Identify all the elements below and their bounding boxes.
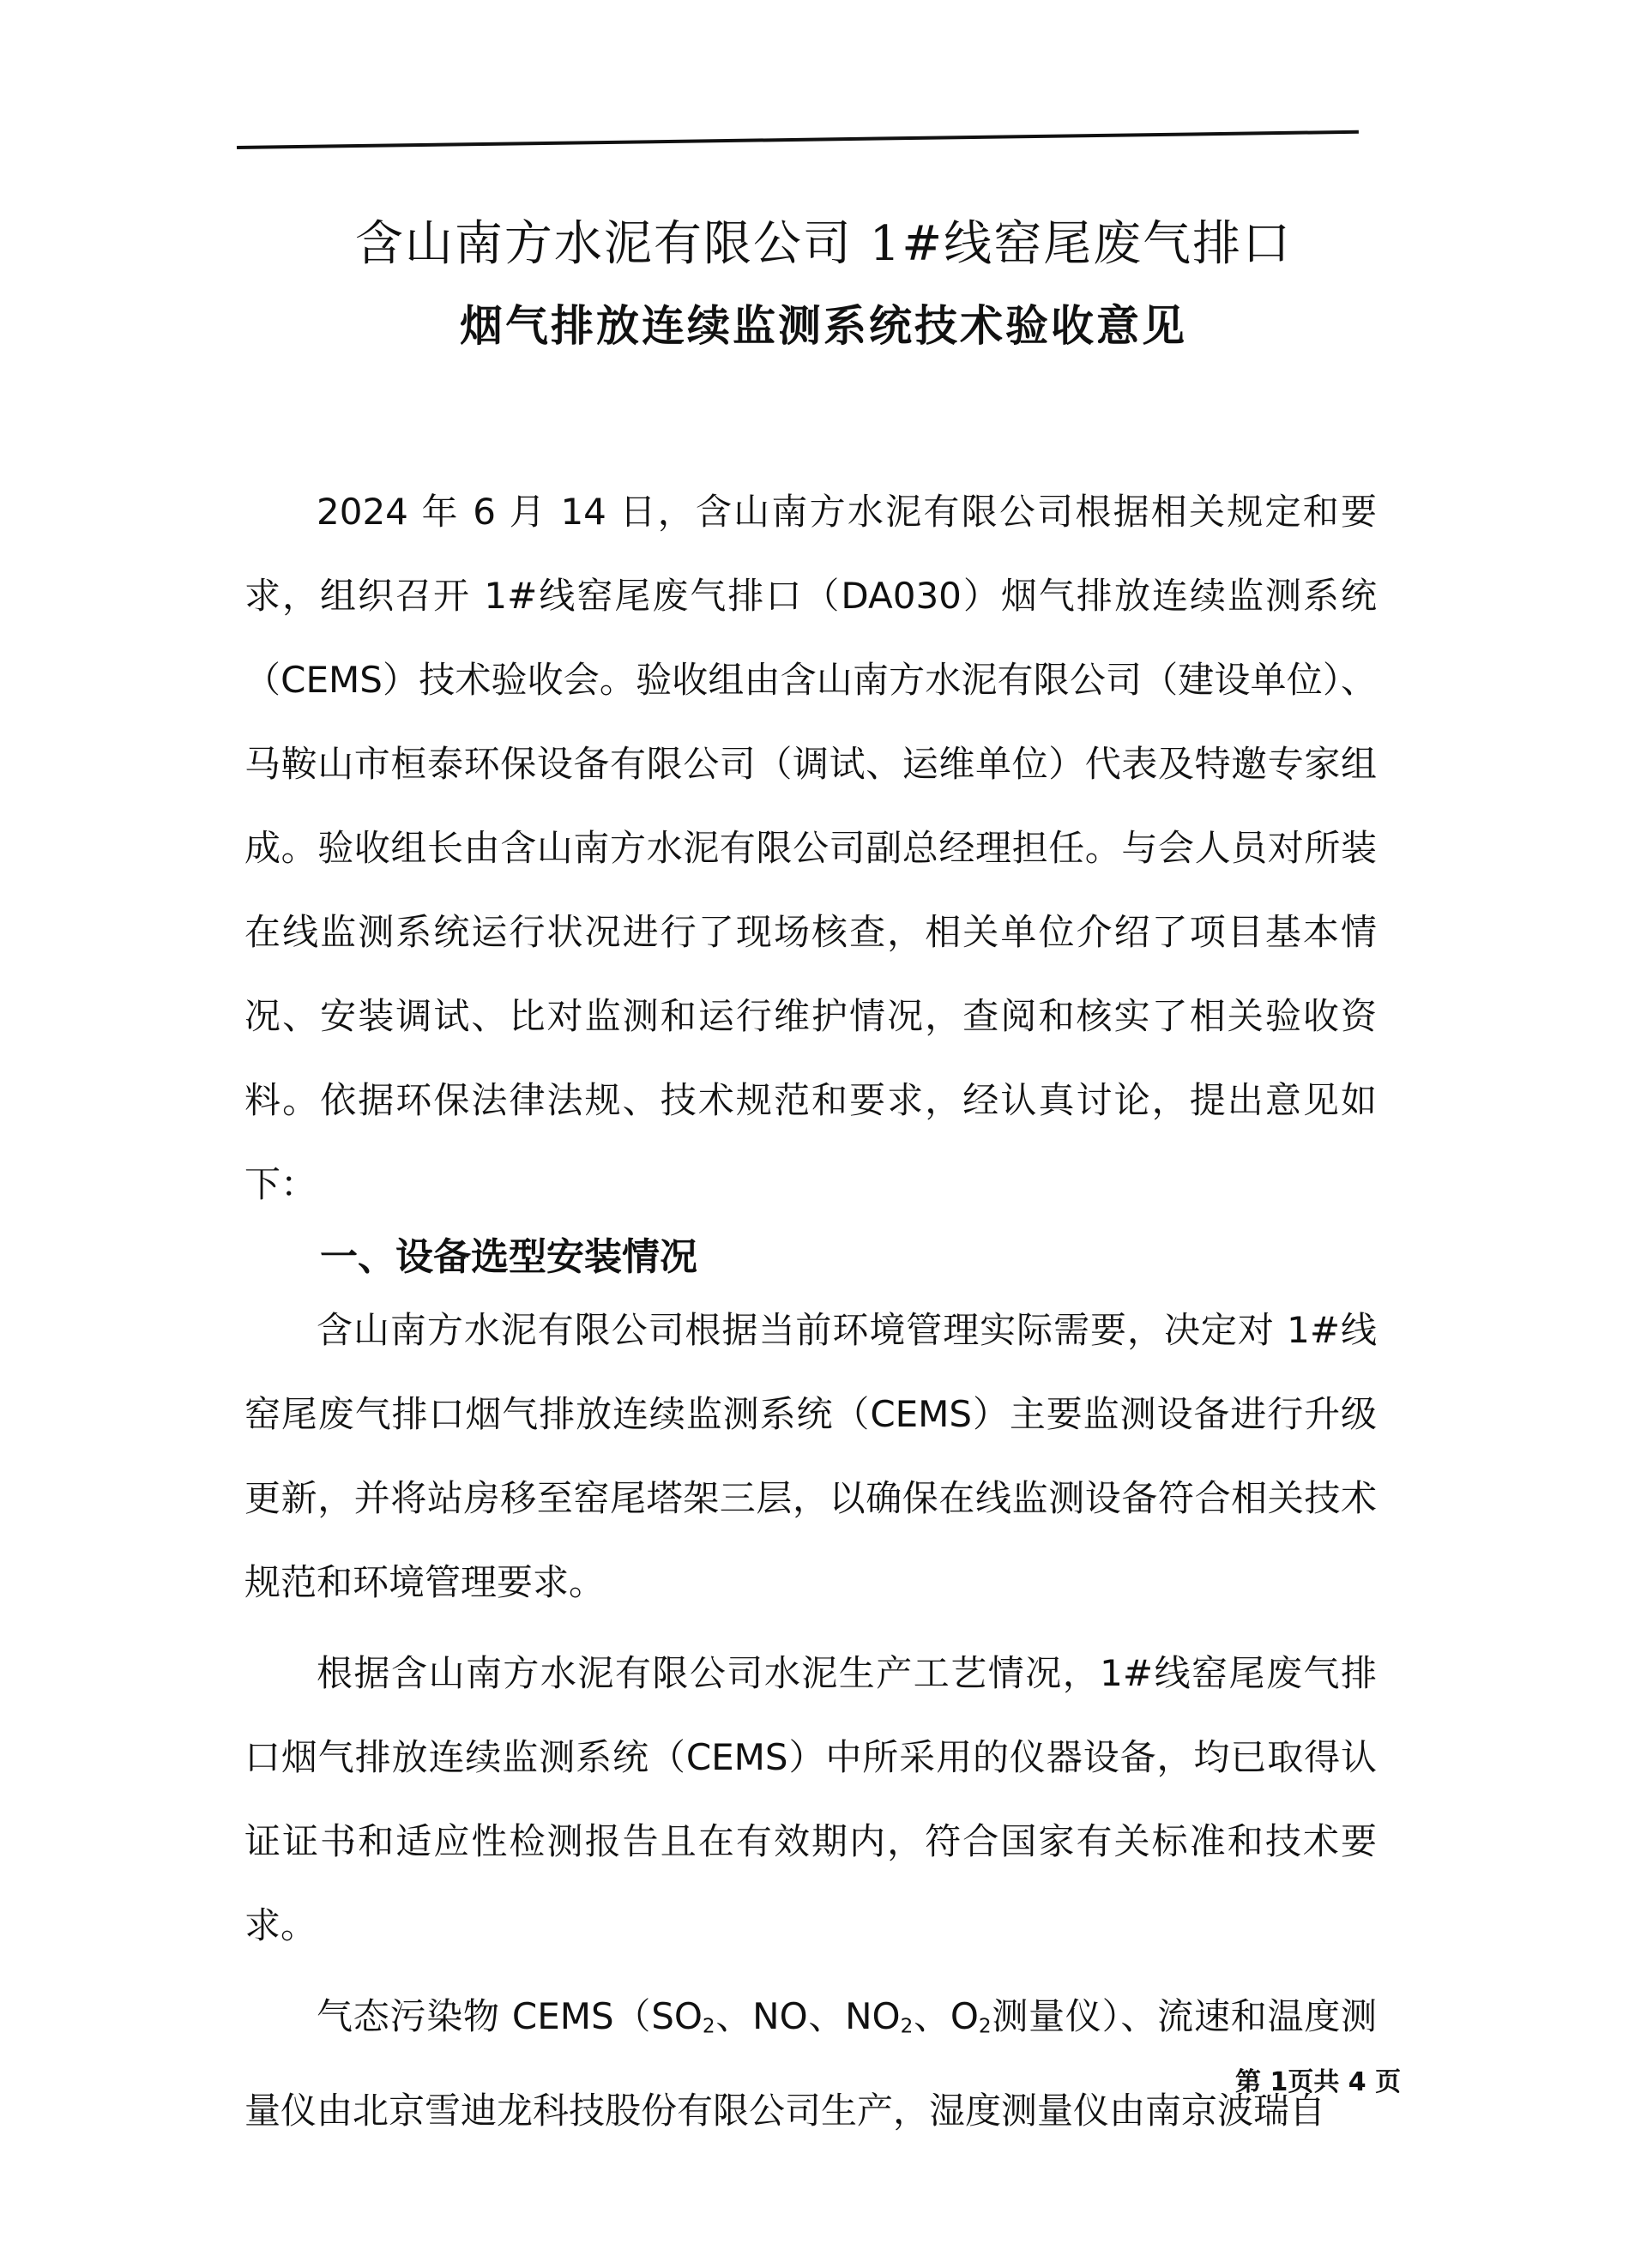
subscript: 2 xyxy=(901,2016,914,2038)
section1-paragraph-3: 气态污染物 CEMS（SO2、NO、NO2、O2测量仪）、流速和温度测量仪由北京… xyxy=(244,1975,1377,2153)
section1-paragraph-2: 根据含山南方水泥有限公司水泥生产工艺情况，1#线窑尾废气排口烟气排放连续监测系统… xyxy=(244,1632,1377,1968)
intro-paragraph: 2024 年 6 月 14 日，含山南方水泥有限公司根据相关规定和要求，组织召开… xyxy=(244,470,1377,1227)
section1-paragraph-1: 含山南方水泥有限公司根据当前环境管理实际需要，决定对 1#线窑尾废气排口烟气排放… xyxy=(244,1288,1377,1625)
text-run: 、NO、NO xyxy=(715,1995,901,2037)
text-run: 气态污染物 CEMS（SO xyxy=(317,1995,703,2037)
subscript: 2 xyxy=(703,2016,715,2038)
document-title-line2: 烟气排放连续监测系统技术验收意见 xyxy=(0,292,1647,353)
page-number: 第 1页共 4 页 xyxy=(1235,2060,1401,2098)
document-title-line1: 含山南方水泥有限公司 1#线窑尾废气排口 xyxy=(0,206,1647,274)
text-run: 、O xyxy=(913,1995,979,2037)
section-heading: 一、设备选型安装情况 xyxy=(244,1227,1377,1288)
document-body: 2024 年 6 月 14 日，含山南方水泥有限公司根据相关规定和要求，组织召开… xyxy=(244,470,1377,2153)
subscript: 2 xyxy=(979,2016,992,2038)
header-rule xyxy=(237,130,1359,149)
